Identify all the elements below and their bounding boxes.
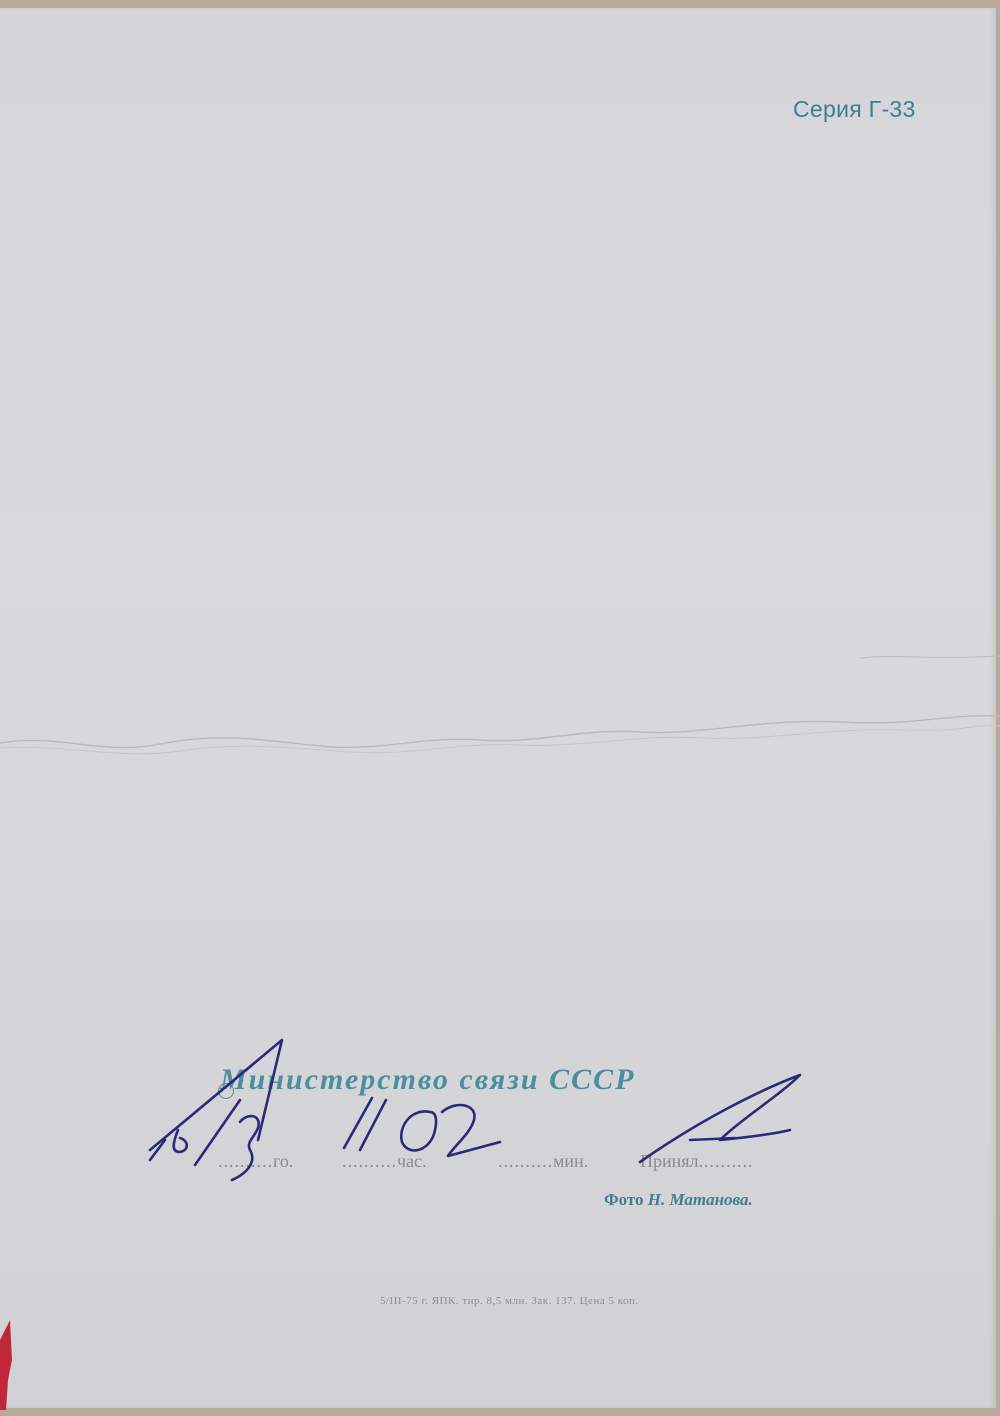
fold-crease xyxy=(0,648,1000,768)
red-stamp-edge xyxy=(0,1320,14,1410)
series-label: Серия Г-33 xyxy=(793,96,916,123)
postcard-sheet: Серия Г-33 Министерство связи СССР .....… xyxy=(0,8,996,1408)
form-field-date: ..........го. xyxy=(218,1151,293,1172)
form-field-received: Принял.......... xyxy=(640,1151,754,1172)
form-field-hours: ..........час. xyxy=(342,1151,427,1172)
publisher-name: Министерство связи СССР xyxy=(220,1063,635,1097)
photo-credit: Фото Н. Матанова. xyxy=(604,1190,753,1210)
print-imprint: 5/III-75 г. ЯПК. тир. 8,5 млн. Зак. 137.… xyxy=(380,1295,639,1307)
form-field-minutes: ..........мин. xyxy=(498,1151,588,1172)
